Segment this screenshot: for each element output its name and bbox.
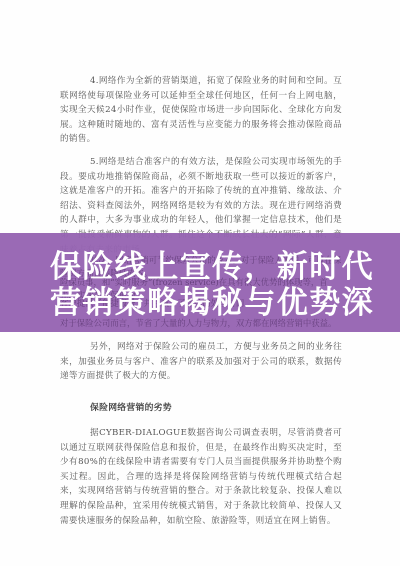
banner-title-line-1: 保险线上宣传，新时代 <box>50 250 352 285</box>
banner-title-line-2: 营销策略揭秘与优势深 <box>50 286 352 321</box>
section-heading-disadvantages: 保险网络营销的劣势 <box>90 400 172 413</box>
paragraph-network-channel: 4.网络作为全新的营销渠道，拓宽了保险业务的时间和空间。互联网络使每项保险业务可… <box>60 74 342 147</box>
paragraph-employee-convenience: 另外，网络对于保险公司的雇员工，方便与业务员之间的业务往来，加强业务员与客户、准… <box>60 340 342 384</box>
paragraph-cyber-dialogue: 据CYBER-DIALOGUE数据咨询公司调查表明，尽管消费者可以通过互联网获得… <box>60 426 342 528</box>
document-page: 4.网络作为全新的营销渠道，拓宽了保险业务的时间和空间。互联网络使每项保险业务可… <box>0 0 400 566</box>
